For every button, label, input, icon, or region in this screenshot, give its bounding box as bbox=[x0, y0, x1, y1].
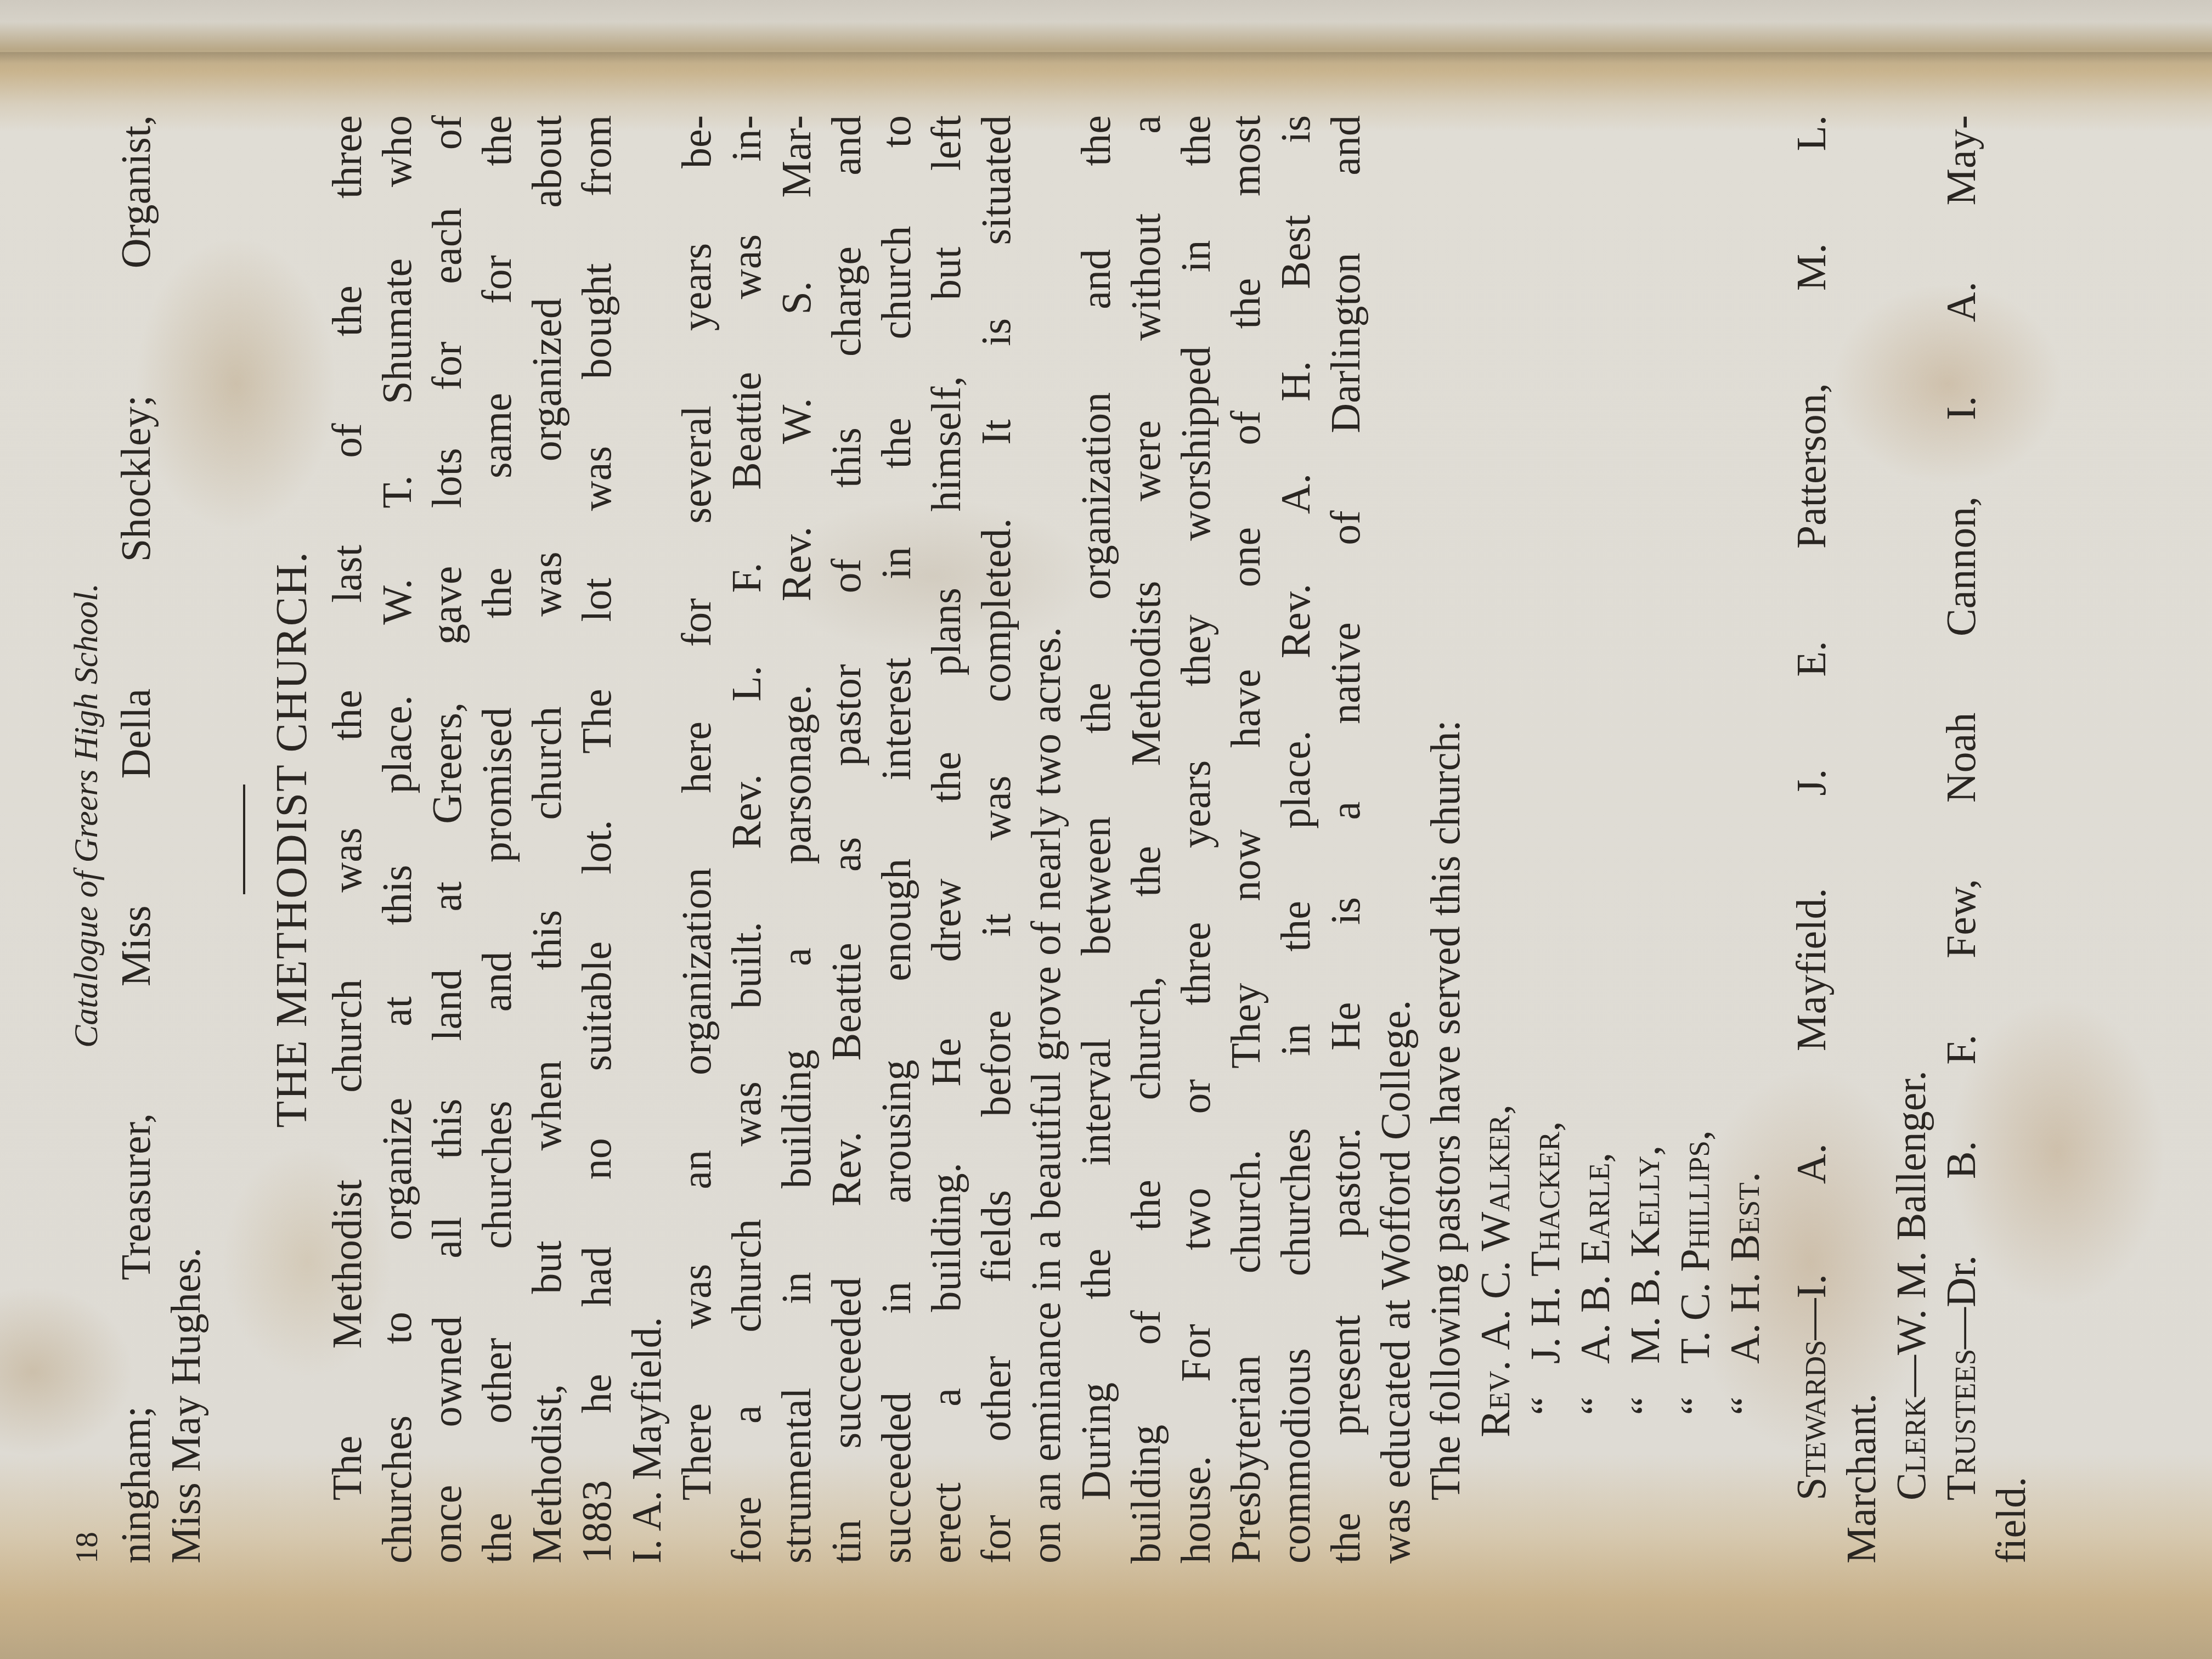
section-divider bbox=[243, 785, 245, 894]
pastor-name: T. C. Phillips, bbox=[1672, 1130, 1718, 1364]
text-line: churches to organize at this place. W. T… bbox=[373, 115, 422, 1564]
text-line: During the interval between the organiza… bbox=[1071, 115, 1121, 1564]
rev-prefix: Rev. bbox=[1472, 1361, 1519, 1437]
paragraph-1: The Methodist church was the last of the… bbox=[323, 115, 672, 1564]
text-line: for other fields before it was completed… bbox=[972, 115, 1022, 1564]
trustees: Trustees—Dr. B. F. Few, Noah Cannon, I. … bbox=[1937, 115, 2036, 1564]
clerk-name: —W. M. Ballenger. bbox=[1888, 1070, 1934, 1397]
page-number: 18 bbox=[61, 1532, 111, 1564]
text-line: the other churches and promised the same… bbox=[472, 115, 522, 1564]
text-line: The Methodist church was the last of the… bbox=[323, 115, 373, 1564]
running-head: 18 Catalogue of Greers High School. bbox=[61, 115, 111, 1564]
text-line: ningham; Treasurer, Miss Della Shockley;… bbox=[111, 115, 161, 1564]
pastor-entry: “ M. B. Kelly, bbox=[1621, 115, 1671, 1437]
text-line: succeeded in arousing enough interest in… bbox=[872, 115, 922, 1564]
ditto-mark: “ bbox=[1671, 1374, 1720, 1437]
text-line: was educated at Wofford College. bbox=[1371, 115, 1421, 1564]
trustees-label: Trustees bbox=[1938, 1349, 1984, 1500]
ditto-mark: “ bbox=[1621, 1374, 1671, 1437]
text-line: once owned all this land at Greers, gave… bbox=[422, 115, 472, 1564]
text-line: 1883 he had no suitable lot. The lot was… bbox=[572, 115, 622, 1564]
paragraph-3: During the interval between the organiza… bbox=[1071, 115, 1421, 1564]
text-line: Stewards—I. A. Mayfield. J. E. Patterson… bbox=[1787, 115, 1837, 1564]
pastor-name: J. H. Thacker, bbox=[1522, 1121, 1568, 1364]
text-line: building of the church, the Methodists w… bbox=[1121, 115, 1171, 1564]
pastor-name: M. B. Kelly, bbox=[1622, 1145, 1668, 1364]
text-line: erect a building. He drew the plans hims… bbox=[922, 115, 972, 1564]
text-line: house. For two or three years they worsh… bbox=[1171, 115, 1221, 1564]
pastor-entry: “ A. H. Best. bbox=[1720, 115, 1770, 1437]
intro-text: ningham; Treasurer, Miss Della Shockley;… bbox=[111, 115, 211, 1564]
text-line: The following pastors have served this c… bbox=[1421, 115, 1471, 1564]
clerk: Clerk—W. M. Ballenger. bbox=[1887, 115, 1937, 1564]
text-line: Methodist, but when this church was orga… bbox=[522, 115, 572, 1564]
ditto-mark: “ bbox=[1720, 1374, 1770, 1437]
section-heading: THE METHODIST CHURCH. bbox=[267, 115, 317, 1564]
pastor-entry: “ A. B. Earle, bbox=[1571, 115, 1621, 1437]
running-head-title: Catalogue of Greers High School. bbox=[61, 583, 111, 1048]
clerk-label: Clerk bbox=[1888, 1397, 1934, 1500]
ditto-mark: “ bbox=[1571, 1374, 1621, 1437]
text-line: Miss May Hughes. bbox=[161, 115, 211, 1564]
text-line: There was an organization here for sever… bbox=[672, 115, 722, 1564]
text-line: Presbyterian church. They now have one o… bbox=[1221, 115, 1271, 1564]
text-line: I. A. Mayfield. bbox=[622, 115, 672, 1564]
text-line: Trustees—Dr. B. F. Few, Noah Cannon, I. … bbox=[1937, 115, 1987, 1564]
pastor-name: A. H. Best. bbox=[1722, 1172, 1768, 1364]
stewards-label: Stewards bbox=[1788, 1340, 1835, 1500]
text-line: commodious churches in the place. Rev. A… bbox=[1271, 115, 1321, 1564]
stewards-names: —I. A. Mayfield. J. E. Patterson, M. L. bbox=[1788, 115, 1835, 1340]
paragraph-4: The following pastors have served this c… bbox=[1421, 115, 1471, 1564]
paragraph-2: There was an organization here for sever… bbox=[672, 115, 1071, 1564]
text-line: the present pastor. He is a native of Da… bbox=[1321, 115, 1371, 1564]
text-line: on an eminance in a beautiful grove of n… bbox=[1022, 115, 1071, 1564]
book-page: 18 Catalogue of Greers High School. ning… bbox=[61, 115, 2146, 1564]
text-line: tin succeeded Rev. Beattie as pastor of … bbox=[822, 115, 872, 1564]
pastor-name: A. B. Earle, bbox=[1572, 1153, 1618, 1364]
pastor-entry: “ J. H. Thacker, bbox=[1521, 115, 1571, 1437]
text-line: field. bbox=[1987, 115, 2036, 1564]
text-line: Marchant. bbox=[1837, 115, 1887, 1564]
ditto-mark: “ bbox=[1521, 1374, 1571, 1437]
text-line: fore a church was built. Rev. L. F. Beat… bbox=[722, 115, 772, 1564]
pastors-list: Rev. A. C. Walker, “ J. H. Thacker, “ A.… bbox=[1471, 115, 1770, 1564]
text-line: strumental in building a parsonage. Rev.… bbox=[772, 115, 822, 1564]
trustees-names: —Dr. B. F. Few, Noah Cannon, I. A. May- bbox=[1938, 115, 1984, 1349]
stewards: Stewards—I. A. Mayfield. J. E. Patterson… bbox=[1787, 115, 1887, 1564]
pastor-entry: “ T. C. Phillips, bbox=[1671, 115, 1720, 1437]
page-edge-shadow bbox=[0, 52, 2212, 63]
text-line: Clerk—W. M. Ballenger. bbox=[1887, 115, 1937, 1564]
pastor-name: A. C. Walker, bbox=[1472, 1104, 1519, 1350]
pastor-entry: Rev. A. C. Walker, bbox=[1471, 115, 1521, 1437]
